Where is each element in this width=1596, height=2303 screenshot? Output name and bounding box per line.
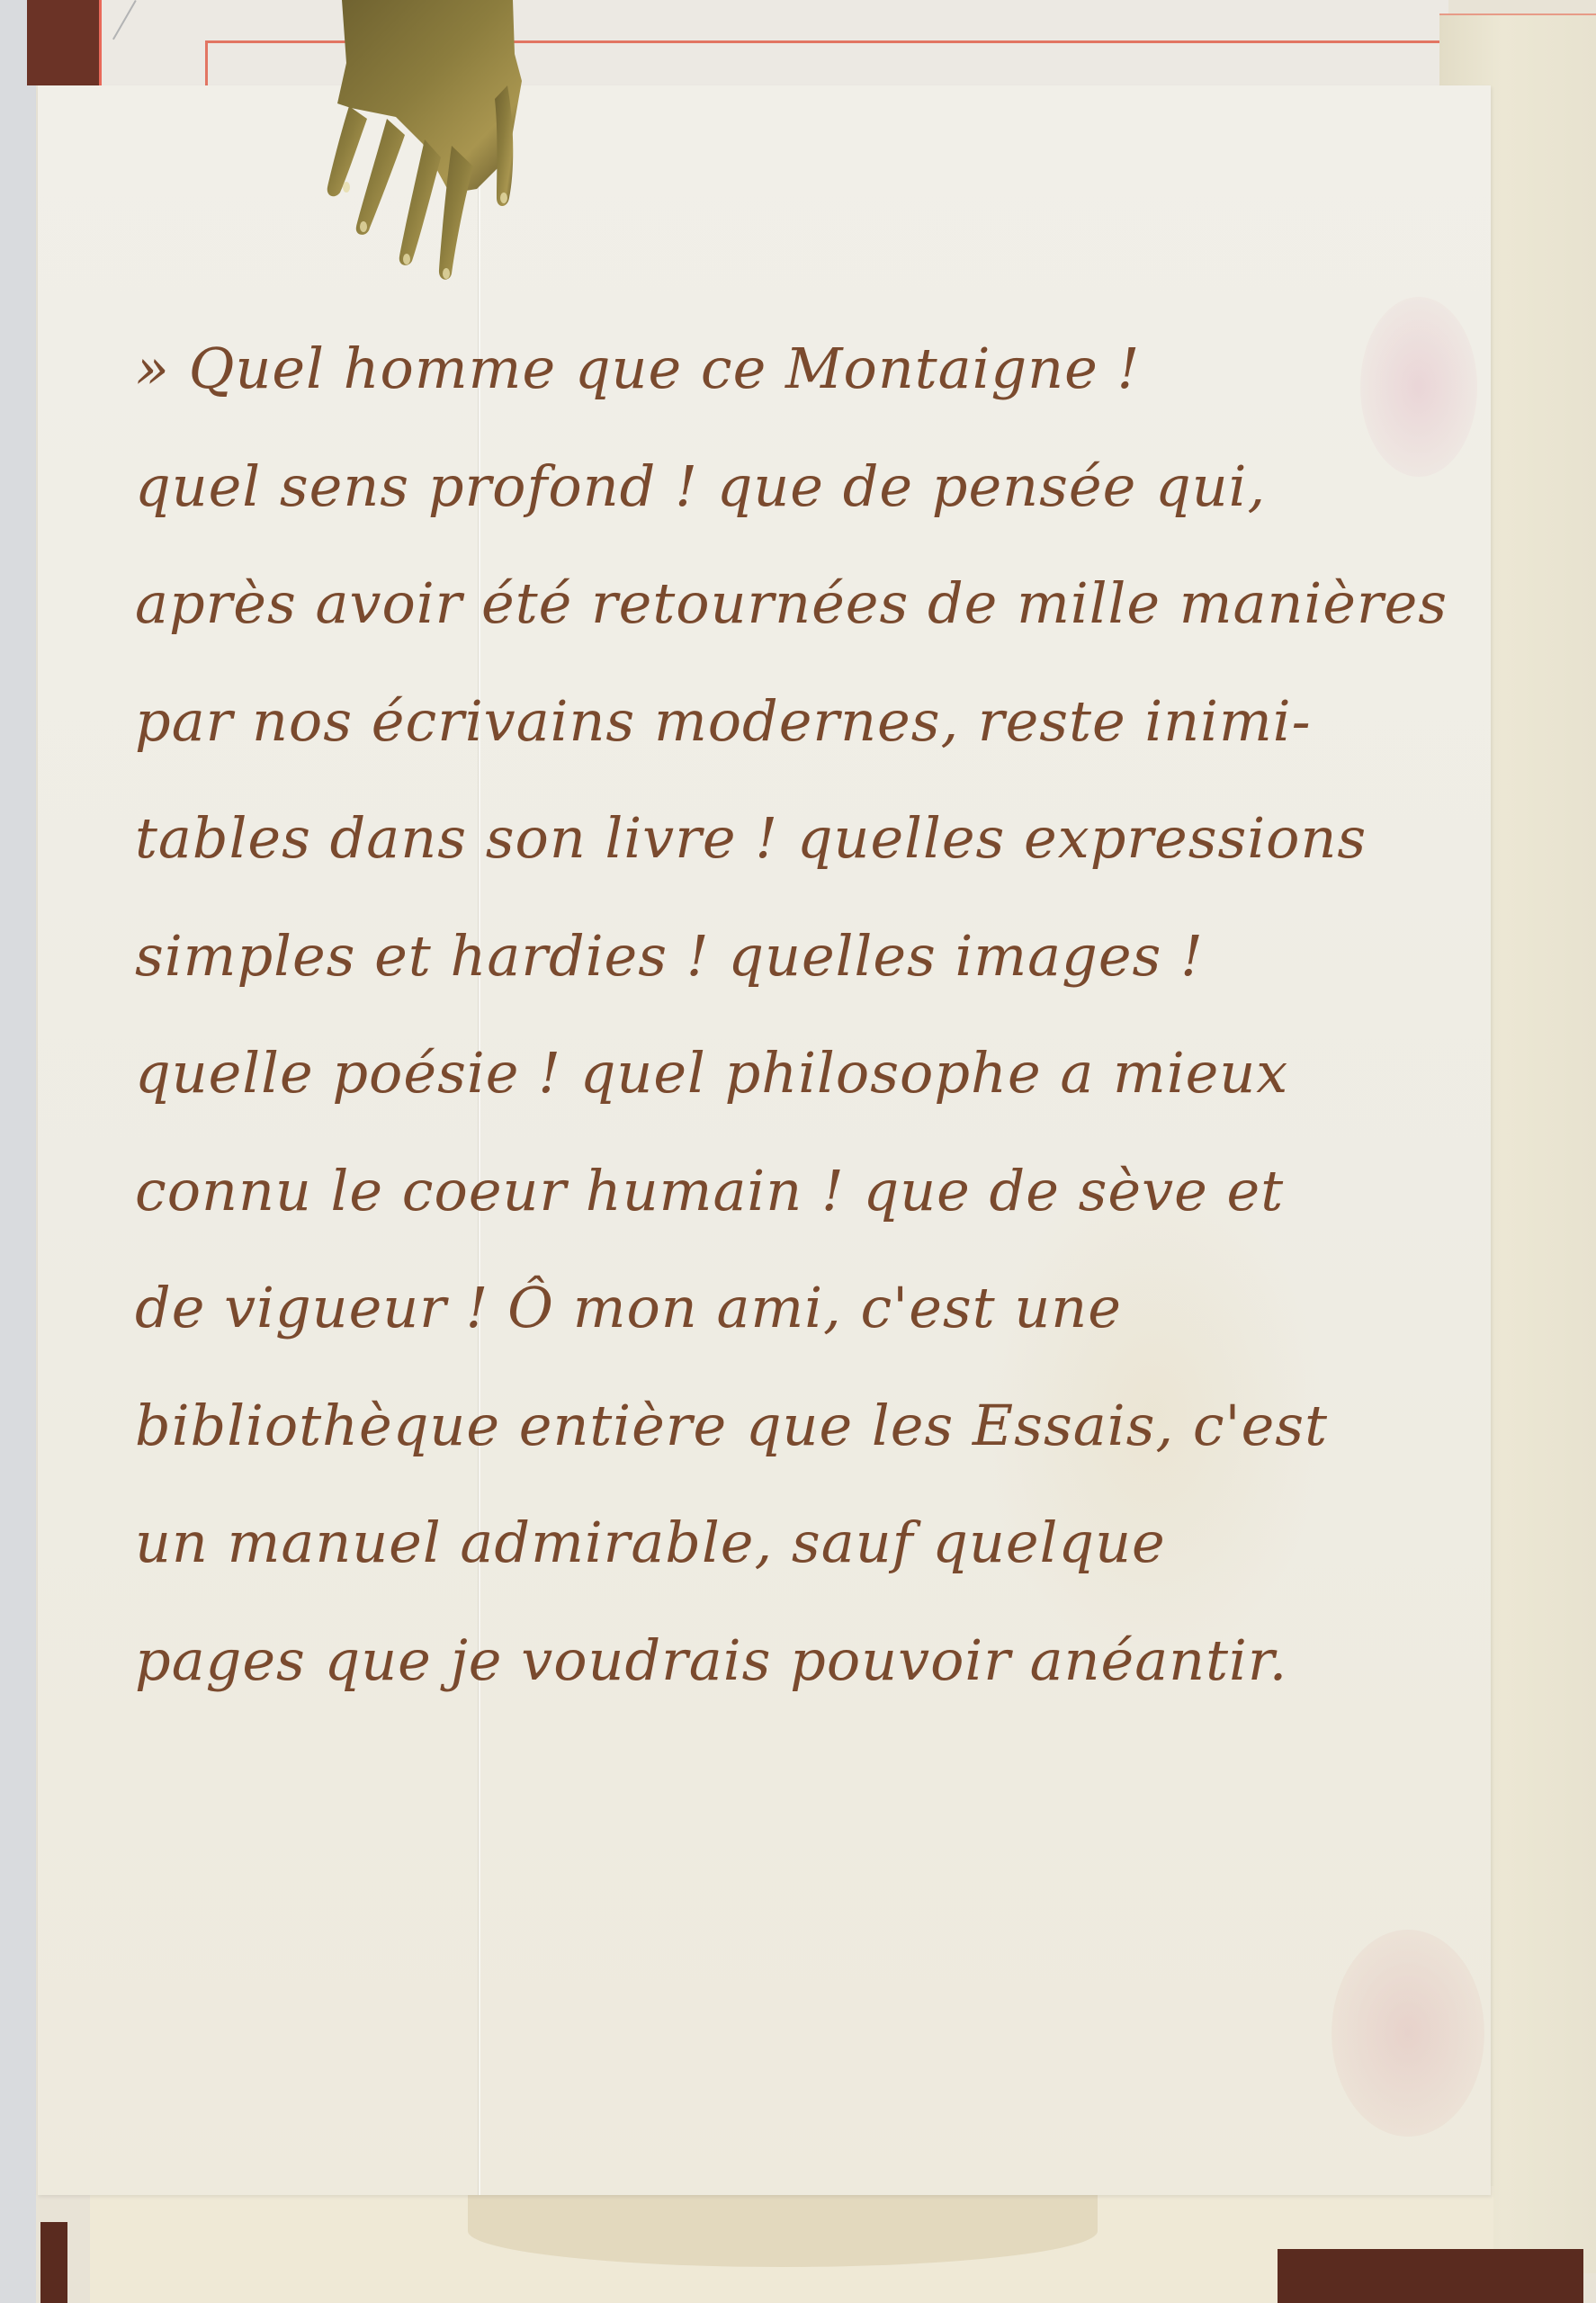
text-line: un manuel admirable, sauf quelque (135, 1484, 1484, 1602)
text-line: après avoir été retournées de mille mani… (135, 545, 1484, 663)
page-shadow (468, 2195, 1098, 2267)
leather-cover-edge-bottom (40, 2222, 67, 2303)
brass-hand-bookmark-icon[interactable] (252, 0, 531, 288)
text-line: quel sens profond ! que de pensée qui, (135, 428, 1484, 546)
leather-cover-edge-bottom-right (1278, 2249, 1583, 2303)
leather-cover-edge (27, 0, 102, 85)
text-line: pages que je voudrais pouvoir anéantir. (135, 1602, 1484, 1720)
handwritten-text: » Quel homme que ce Montaigne ! quel sen… (135, 310, 1484, 1719)
text-line: par nos écrivains modernes, reste inimi- (135, 663, 1484, 781)
text-line: tables dans son livre ! quelles expressi… (135, 780, 1484, 898)
text-line: bibliothèque entière que les Essais, c'e… (135, 1367, 1484, 1485)
text-line: simples et hardies ! quelles images ! (135, 898, 1484, 1016)
text-line: quelle poésie ! quel philosophe a mieux (135, 1015, 1484, 1133)
text-line: de vigueur ! Ô mon ami, c'est une (135, 1250, 1484, 1367)
text-line: » Quel homme que ce Montaigne ! (135, 310, 1484, 428)
stain-bottom-right (1331, 1930, 1484, 2137)
text-line: connu le coeur humain ! que de sève et (135, 1133, 1484, 1250)
